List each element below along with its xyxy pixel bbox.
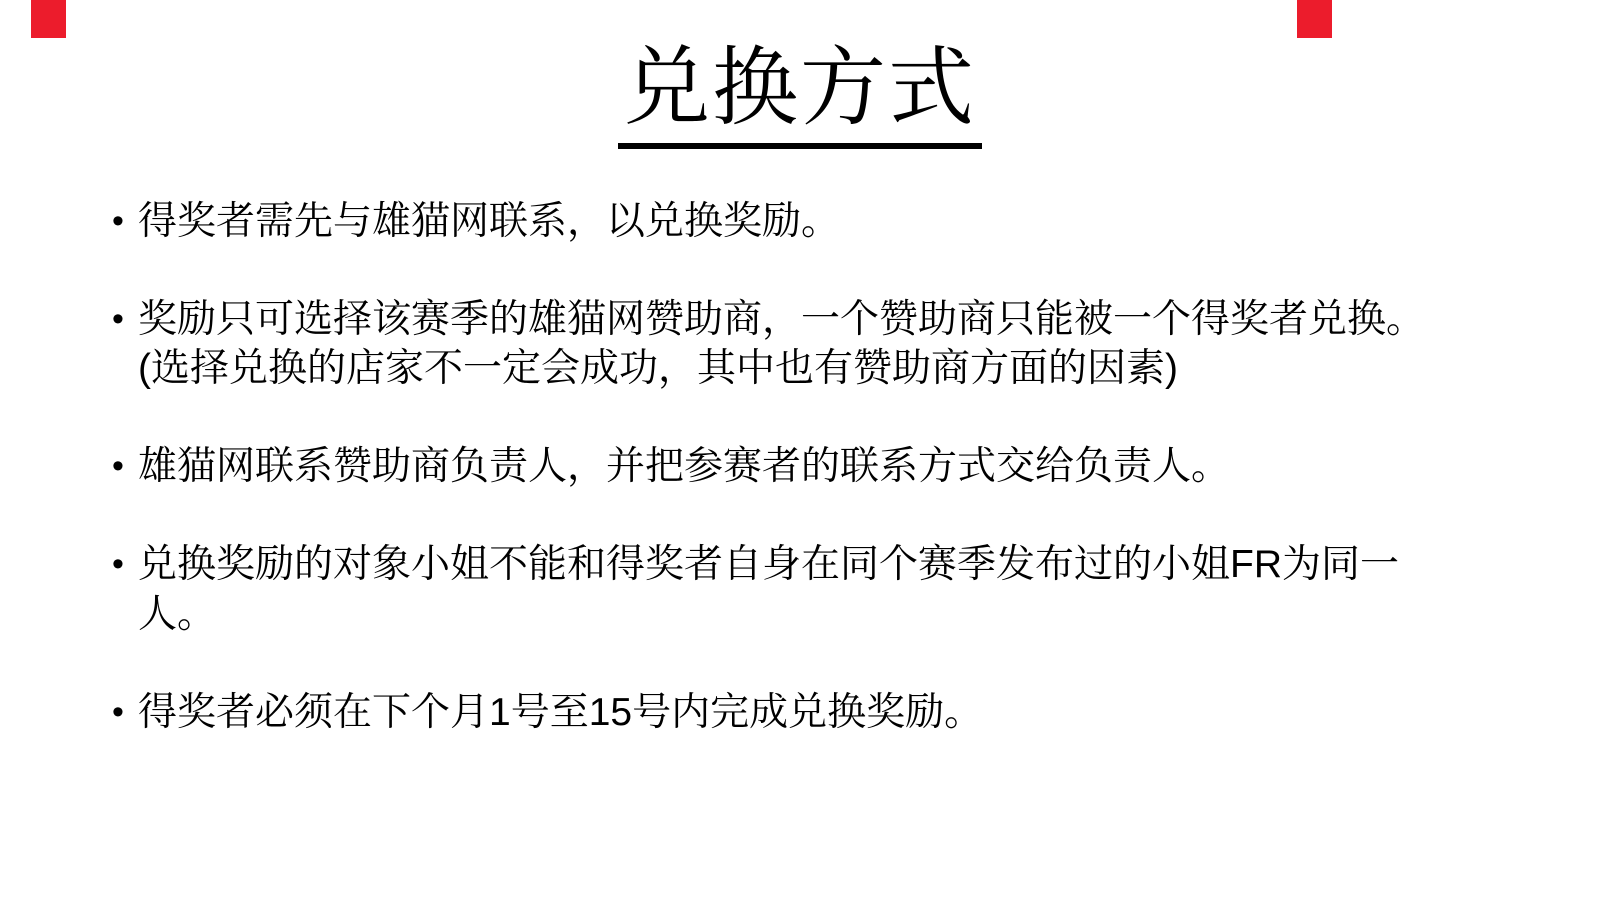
- red-corner-mark-right: [1297, 0, 1332, 38]
- bullet-line: 得奖者需先与雄猫网联系，以兑换奖励。: [138, 197, 1540, 246]
- bullet-line: 奖励只可选择该赛季的雄猫网赞助商，一个赞助商只能被一个得奖者兑换。: [138, 295, 1540, 344]
- list-item: 得奖者必须在下个月1号至15号内完成兑换奖励。: [100, 688, 1540, 737]
- bullet-line: 得奖者必须在下个月1号至15号内完成兑换奖励。: [138, 688, 1540, 737]
- bullet-list: 得奖者需先与雄猫网联系，以兑换奖励。 奖励只可选择该赛季的雄猫网赞助商，一个赞助…: [100, 197, 1540, 737]
- title-wrap: 兑换方式: [0, 0, 1600, 149]
- bullet-line: 雄猫网联系赞助商负责人，并把参赛者的联系方式交给负责人。: [138, 442, 1540, 491]
- list-item: 得奖者需先与雄猫网联系，以兑换奖励。: [100, 197, 1540, 246]
- bullet-line-continuation: 人。: [138, 590, 1540, 639]
- bullet-line-parenthetical-note: (选择兑换的店家不一定会成功，其中也有赞助商方面的因素): [138, 344, 1540, 393]
- red-corner-mark-left: [31, 0, 66, 38]
- list-item: 奖励只可选择该赛季的雄猫网赞助商，一个赞助商只能被一个得奖者兑换。 (选择兑换的…: [100, 295, 1540, 393]
- list-item: 兑换奖励的对象小姐不能和得奖者自身在同个赛季发布过的小姐FR为同一 人。: [100, 540, 1540, 638]
- bullet-line: 兑换奖励的对象小姐不能和得奖者自身在同个赛季发布过的小姐FR为同一: [138, 540, 1540, 589]
- page-title: 兑换方式: [618, 42, 982, 149]
- list-item: 雄猫网联系赞助商负责人，并把参赛者的联系方式交给负责人。: [100, 442, 1540, 491]
